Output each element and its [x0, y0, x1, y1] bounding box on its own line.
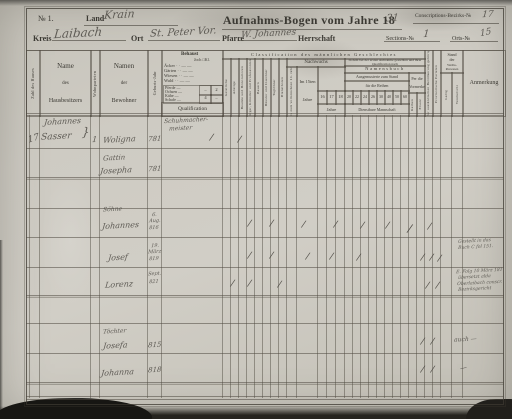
col-owner-line3: Hausbesitzers	[49, 98, 82, 104]
table-bottom-line	[26, 396, 504, 397]
female-box-title: Stand der Weibs-Personen	[440, 50, 464, 74]
entry-prefix-r2: Gattin	[103, 154, 126, 162]
entry-born-r3-month: Aug.	[149, 219, 161, 225]
grid-line	[278, 115, 279, 398]
row-line	[26, 148, 504, 149]
entry-owner-brace: }	[81, 126, 90, 138]
nachwuchs-15th-line1: Im 15ten	[299, 80, 315, 85]
row-line	[26, 323, 504, 324]
grid-line	[222, 115, 223, 398]
grid-line	[352, 115, 353, 398]
scanned-conscription-form: № 1. Land Krain Aufnahms-Bogen vom Jahre…	[0, 0, 512, 419]
grid-line	[326, 115, 327, 398]
grid-line	[99, 115, 100, 398]
entry-born-r7: 818	[148, 367, 162, 375]
kreis-underline	[52, 40, 126, 41]
land-label: Land	[86, 15, 104, 23]
conscription-district-value: 17	[482, 11, 494, 21]
nachwuchs-15th-cell: Im 15ten Jahre	[296, 66, 319, 117]
female-title-line1: Stand	[447, 53, 456, 57]
grid-line	[384, 115, 385, 398]
col-owner-line1: Name	[57, 63, 74, 70]
entry-owner-last: Sasser	[41, 132, 72, 143]
entry-born-r6: 815	[148, 342, 162, 350]
row-line	[26, 382, 504, 383]
entry-born-r4-year: 819	[149, 257, 159, 263]
behaust-row-4: Wald · · — —	[164, 79, 190, 84]
row-line	[26, 353, 504, 354]
grid-line	[376, 115, 377, 398]
grid-line	[416, 115, 417, 398]
grid-line	[451, 115, 452, 398]
grid-line	[408, 115, 409, 398]
grid-line	[161, 115, 162, 398]
entry-name-r6: Josefa	[103, 341, 128, 350]
kreis-label: Kreis	[33, 35, 52, 43]
grid-line	[286, 115, 287, 398]
entry-name-r4: Josef	[108, 253, 129, 262]
grid-line	[392, 115, 393, 398]
entry-born-r3-year: 816	[149, 226, 159, 232]
anmerkung-header: Anmerkung	[462, 50, 506, 117]
entry-name-r5: Lorenz	[105, 280, 134, 290]
grid-line	[29, 115, 30, 398]
grid-line	[262, 115, 263, 398]
conscription-district-label: Conscriptions-Bezirks-№	[415, 14, 471, 20]
row-line	[26, 267, 504, 268]
entry-occupation-line2: meister	[169, 125, 193, 132]
grid-line	[246, 115, 247, 398]
sections-value: 1	[423, 30, 430, 40]
col-inhabitants-line1: Namen	[114, 63, 134, 70]
entry-party-number: 1	[92, 136, 98, 144]
sections-underline	[384, 41, 440, 42]
vormerk-title-line1: Per die	[411, 77, 422, 81]
scan-edge-left	[0, 240, 3, 419]
table-bottom-line	[26, 399, 504, 400]
grid-line	[238, 115, 239, 398]
entry-sons-label: Söhne	[103, 206, 123, 213]
nachwuchs-blank	[317, 66, 346, 92]
remark-note3: auch —	[454, 336, 477, 343]
orts-underline	[450, 41, 498, 42]
col-owner-header: Name des Hausbesitzers	[39, 50, 92, 117]
row-line	[26, 177, 504, 178]
form-title: Aufnahms-Bogen vom Jahre 18	[216, 14, 402, 26]
entry-born-r5-year: 821	[149, 280, 159, 286]
grid-line	[254, 115, 255, 398]
col-inhabitants-line3: Bewohner	[112, 98, 137, 104]
nachwuchs-15th-line2: Jahre	[303, 98, 313, 103]
grid-line	[147, 115, 148, 398]
row-line	[26, 208, 504, 209]
col-inhabitants-header: Namen der Bewohner	[99, 50, 149, 117]
ort-underline	[148, 40, 220, 41]
pfarre-underline	[239, 40, 297, 41]
grid-line	[90, 115, 91, 398]
scan-edge-bottom	[0, 406, 512, 419]
col-owner-line2: des	[62, 81, 69, 86]
kreis-value: Laibach	[54, 26, 103, 41]
grid-line	[230, 115, 231, 398]
entry-born-r4-month: März	[148, 250, 162, 256]
entry-born-r2: 781	[148, 166, 162, 174]
vormerk-title-line2: Vormerke	[409, 85, 425, 89]
ort-label: Ort	[131, 35, 143, 43]
grid-line	[462, 115, 463, 398]
land-value: Krain	[104, 8, 136, 21]
entry-born-r5-month: Sept.	[148, 272, 162, 278]
grid-line	[317, 115, 318, 398]
scan-edge-top	[0, 0, 512, 6]
row-line	[26, 295, 504, 296]
grid-line	[296, 115, 297, 398]
entry-daughters-label: Töchter	[103, 328, 127, 335]
herrschaft-label: Herrschaft	[298, 35, 335, 43]
grid-line	[39, 115, 40, 398]
col-inhabitants-line2: der	[121, 81, 127, 86]
grid-line	[335, 115, 336, 398]
female-title-line3: Weibs-Personen	[441, 64, 463, 71]
entry-born-r1: 781	[148, 136, 162, 144]
female-title-line2: der	[449, 58, 454, 62]
grid-line	[368, 115, 369, 398]
conscription-underline	[413, 23, 499, 24]
form-sheet: № 1. Land Krain Aufnahms-Bogen vom Jahre…	[26, 8, 504, 405]
form-number: № 1.	[38, 15, 54, 23]
entry-name-r2: Josepha	[100, 166, 133, 176]
grid-line	[344, 115, 345, 398]
row-line	[26, 237, 504, 238]
title-year-value: 31	[386, 14, 400, 25]
header-bottom-line	[26, 113, 504, 114]
behaust-units: Joch □Kl.	[194, 58, 210, 62]
grid-line	[400, 115, 401, 398]
